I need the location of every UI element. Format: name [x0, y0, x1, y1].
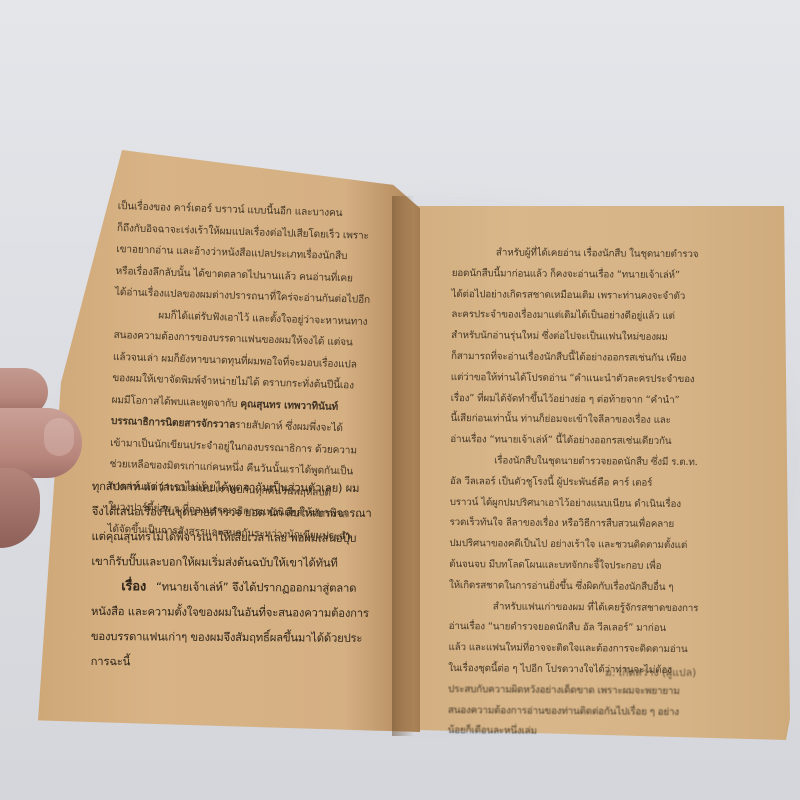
- text-line: แต่ว่าขอให้ท่านได้โปรดอ่าน “คำแนะนำตัวละ…: [451, 368, 701, 391]
- text-line: ก็สามารถที่จะอ่านเรื่องนักสืบนี้ได้อย่าง…: [451, 347, 701, 370]
- book-gutter: [392, 196, 414, 736]
- text-line: ยอดนักสืบนี้มาก่อนแล้ว ก็คงจะอ่านเรื่อง …: [452, 264, 702, 287]
- text-line: ให้เกิดรสชาดในการอ่านยิ่งขึ้น ซึ่งผิดกับ…: [449, 576, 699, 599]
- text-span: “ทนายเจ้าเล่ห์” จึงได้ปรากฏออกมาสู่ตลาด: [156, 580, 356, 594]
- text-line: ของบรรดาแฟนเก่าๆ ของผมจึงสัมฤทธิ์ผลขึ้นม…: [91, 624, 371, 651]
- text-line: น้อยก็เดือนละหนึ่งเล่ม: [448, 721, 698, 744]
- text-line: ละครประจำของเรื่องมาแต่เดิมได้เป็นอย่างด…: [451, 305, 701, 328]
- left-page-text-lower: ทุกสัปดาห์ แต่ว่าเราไม่เคยได้พูดจากันเป็…: [91, 474, 372, 676]
- text-line: อ่านเรื่อง “นายตำรวจยอดนักสืบ อัล วีลเลอ…: [449, 617, 699, 640]
- text-line: ทุกสัปดาห์ แต่ว่าเราไม่เคยได้พูดจากันเป็…: [92, 474, 372, 501]
- text-line: แล้ว และแฟนใหม่ที่อาจจะติดใจและต้องการจะ…: [448, 638, 698, 661]
- text-line: จึงได้เสนอเรื่องในชุดนายตำรวจ ยอด นัก สื…: [92, 499, 372, 526]
- text-line: สำหรับผู้ที่ได้เคยอ่าน เรื่องนักสืบ ในชุ…: [452, 243, 702, 266]
- text-line: รวดเร็วทันใจ ลีลาของเรื่อง หรือวิธีการสื…: [449, 513, 699, 536]
- text-line: เรื่อง” ที่ผมได้จัดทำขึ้นไว้อย่างย่อ ๆ ต…: [451, 389, 701, 412]
- text-line: สำหรับนักอ่านรุ่นใหม่ ซึ่งต่อไปจะเป็นแฟน…: [451, 326, 701, 349]
- text-line: นี้เสียก่อนเท่านั้น ท่านก็ย่อมจะเข้าใจลี…: [450, 409, 700, 432]
- text-line: สนองความต้องการอ่านของท่านติดต่อกันไปเรื…: [448, 701, 698, 724]
- photo-scene: เป็นเรื่องของ คาร์เตอร์ บราวน์ แบบนี้นอี…: [0, 0, 800, 800]
- text-line: อ่านเรื่อง “ทนายเจ้าเล่ห์” นี้ได้อย่างออ…: [450, 430, 700, 453]
- text-line: ต้นจนจบ มีบทโลดโผนและบทจักกะจี้ใจประกอบ …: [449, 555, 699, 578]
- text-line: อัล วีลเลอร์ เป็นตัวชูโรงนี้ ผู้ประพันธ์…: [450, 472, 700, 495]
- text-line: หนังสือ และความตั้งใจของผมในอันที่จะสนอง…: [91, 599, 371, 626]
- text-line: เรื่องนักสืบในชุดนายตำรวจยอดนักสืบ ซึ่งม…: [450, 451, 700, 474]
- text-line: แต่คุณสุนทรไม่ได้พิจารณาให้เสียเวลาเลย พ…: [91, 524, 371, 551]
- highlight-magazine: บรรณาธิการนิตยสารจักรวาล: [111, 416, 236, 431]
- translator-signature: ม. เกิดสว่าง (ผู้แปล): [605, 664, 696, 681]
- highlight-name: คุณสุนทร เทพวาทินันท์: [240, 398, 338, 412]
- text-line: สำหรับแฟนเก่าของผม ที่ได้เคยรู้จักรสชาดข…: [449, 597, 699, 620]
- heading-word: เรื่อง: [121, 579, 146, 594]
- text-span: รายสัปดาห์ ซึ่งผมพึ่งจะได้: [235, 420, 343, 434]
- finger-lower: [0, 468, 40, 548]
- text-span: ผมมีโอกาสได้พบและพูดจากับ: [111, 394, 237, 409]
- text-line: ปมปริศนาของคดีเป็นไป อย่างเร้าใจ และชวนต…: [449, 534, 699, 557]
- text-line: ได้ต่อไปอย่างเกิดรสชาดเหมือนเดิม เพราะท่…: [451, 285, 701, 308]
- text-line: บราวน์ ได้ผูกปมปริศนาเอาไว้อย่างแนบเนียน…: [450, 493, 700, 516]
- text-line: ประสบกับความผิดหวังอย่างเด็ดขาด เพราะผมจ…: [448, 680, 698, 703]
- text-line: เขาก็รับปั๊บและบอกให้ผมเริ่มส่งต้นฉบับให…: [91, 549, 371, 576]
- text-line: เรื่อง“ทนายเจ้าเล่ห์” จึงได้ปรากฏออกมาสู…: [91, 574, 371, 601]
- text-line: การฉะนี้: [91, 649, 371, 676]
- hand: [0, 368, 90, 558]
